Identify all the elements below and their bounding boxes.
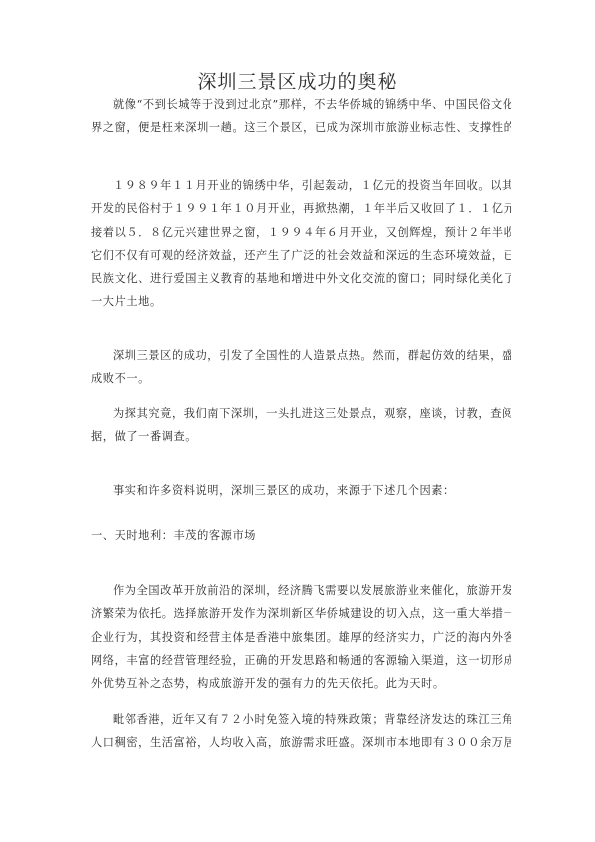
paragraph-intro: 就像“不到长城等于没到过北京”那样，不去华侨城的锦绣中华、中国民俗文化村或世 界… xyxy=(91,93,511,140)
text-line: 毗邻香港，近年又有７２小时免签入境的特殊政策；背靠经济发达的珠江三角洲，这里 xyxy=(91,708,511,731)
text-line: 接着以５．８亿元兴建世界之窗，１９９４年６月开业，又创辉煌，预计２年半收回投资。 xyxy=(91,221,511,244)
text-line: 作为全国改革开放前沿的深圳，经济腾飞需要以发展旅游业来催化，旅游开发又要以经 xyxy=(91,579,511,602)
text-line: 开发的民俗村于１９９１年１０月开业，再掀热潮，１年半后又收回了１．１亿元的投资。 xyxy=(91,197,511,220)
text-line: 成败不一。 xyxy=(91,367,511,390)
text-line: 就像“不到长城等于没到过北京”那样，不去华侨城的锦绣中华、中国民俗文化村或世 xyxy=(91,93,511,116)
paragraph-factors-intro: 事实和许多资料说明，深圳三景区的成功，来源于下述几个因素： xyxy=(91,479,511,502)
text-line: 界之窗，便是枉来深圳一趟。这三个景区，已成为深圳市旅游业标志性、支撑性的吸引物。 xyxy=(91,116,511,139)
text-line: １９８９年１１月开业的锦绣中华，引起轰动，１亿元的投资当年回收。以其收入滚动 xyxy=(91,174,511,197)
text-line: 深圳三景区的成功，引发了全国性的人造景点热。然而，群起仿效的结果，盛衰各异， xyxy=(91,344,511,367)
text-line: 一大片土地。 xyxy=(91,290,511,313)
text-line: 人口稠密，生活富裕，人均收入高，旅游需求旺盛。深圳市本地即有３００余万居民和长驻 xyxy=(91,731,511,754)
text-line: 网络，丰富的经营管理经验，正确的开发思路和畅通的客源输入渠道，这一切形成了境内境 xyxy=(91,649,511,672)
text-line: 为探其究竟，我们南下深圳，一头扎进这三处景点，观察，座谈，讨教，查阅资料、数 xyxy=(91,402,511,425)
text-line: 外优势互补之态势，构成旅游开发的强有力的先天依托。此为天时。 xyxy=(91,672,511,695)
text-line: 民族文化、进行爱国主义教育的基地和增进中外文化交流的窗口；同时绿化美化了深圳湾畔 xyxy=(91,267,511,290)
text-line: 据，做了一番调查。 xyxy=(91,425,511,448)
section-heading-text: 一、天时地利：丰茂的客源市场 xyxy=(91,524,511,547)
paragraph-history: １９８９年１１月开业的锦绣中华，引起轰动，１亿元的投资当年回收。以其收入滚动 开… xyxy=(91,174,511,314)
paragraph-investigation: 为探其究竟，我们南下深圳，一头扎进这三处景点，观察，座谈，讨教，查阅资料、数 据… xyxy=(91,402,511,449)
text-line: 它们不仅有可观的经济效益，还产生了广泛的社会效益和深远的生态环境效益，已成为弘扬 xyxy=(91,244,511,267)
text-line: 企业行为，其投资和经营主体是香港中旅集团。雄厚的经济实力，广泛的海内外客源和信息 xyxy=(91,626,511,649)
document-title: 深圳三景区成功的奥秘 xyxy=(0,70,595,94)
paragraph-location: 毗邻香港，近年又有７２小时免签入境的特殊政策；背靠经济发达的珠江三角洲，这里 人… xyxy=(91,708,511,755)
text-line: 事实和许多资料说明，深圳三景区的成功，来源于下述几个因素： xyxy=(91,479,511,502)
text-line: 济繁荣为依托。选择旅游开发作为深圳新区华侨城建设的切入点，这一重大举措一开始便是 xyxy=(91,602,511,625)
document-page: 深圳三景区成功的奥秘 就像“不到长城等于没到过北京”那样，不去华侨城的锦绣中华、… xyxy=(0,0,595,842)
paragraph-timing: 作为全国改革开放前沿的深圳，经济腾飞需要以发展旅游业来催化，旅游开发又要以经 济… xyxy=(91,579,511,695)
section-heading-1: 一、天时地利：丰茂的客源市场 xyxy=(91,524,511,547)
paragraph-impact: 深圳三景区的成功，引发了全国性的人造景点热。然而，群起仿效的结果，盛衰各异， 成… xyxy=(91,344,511,391)
